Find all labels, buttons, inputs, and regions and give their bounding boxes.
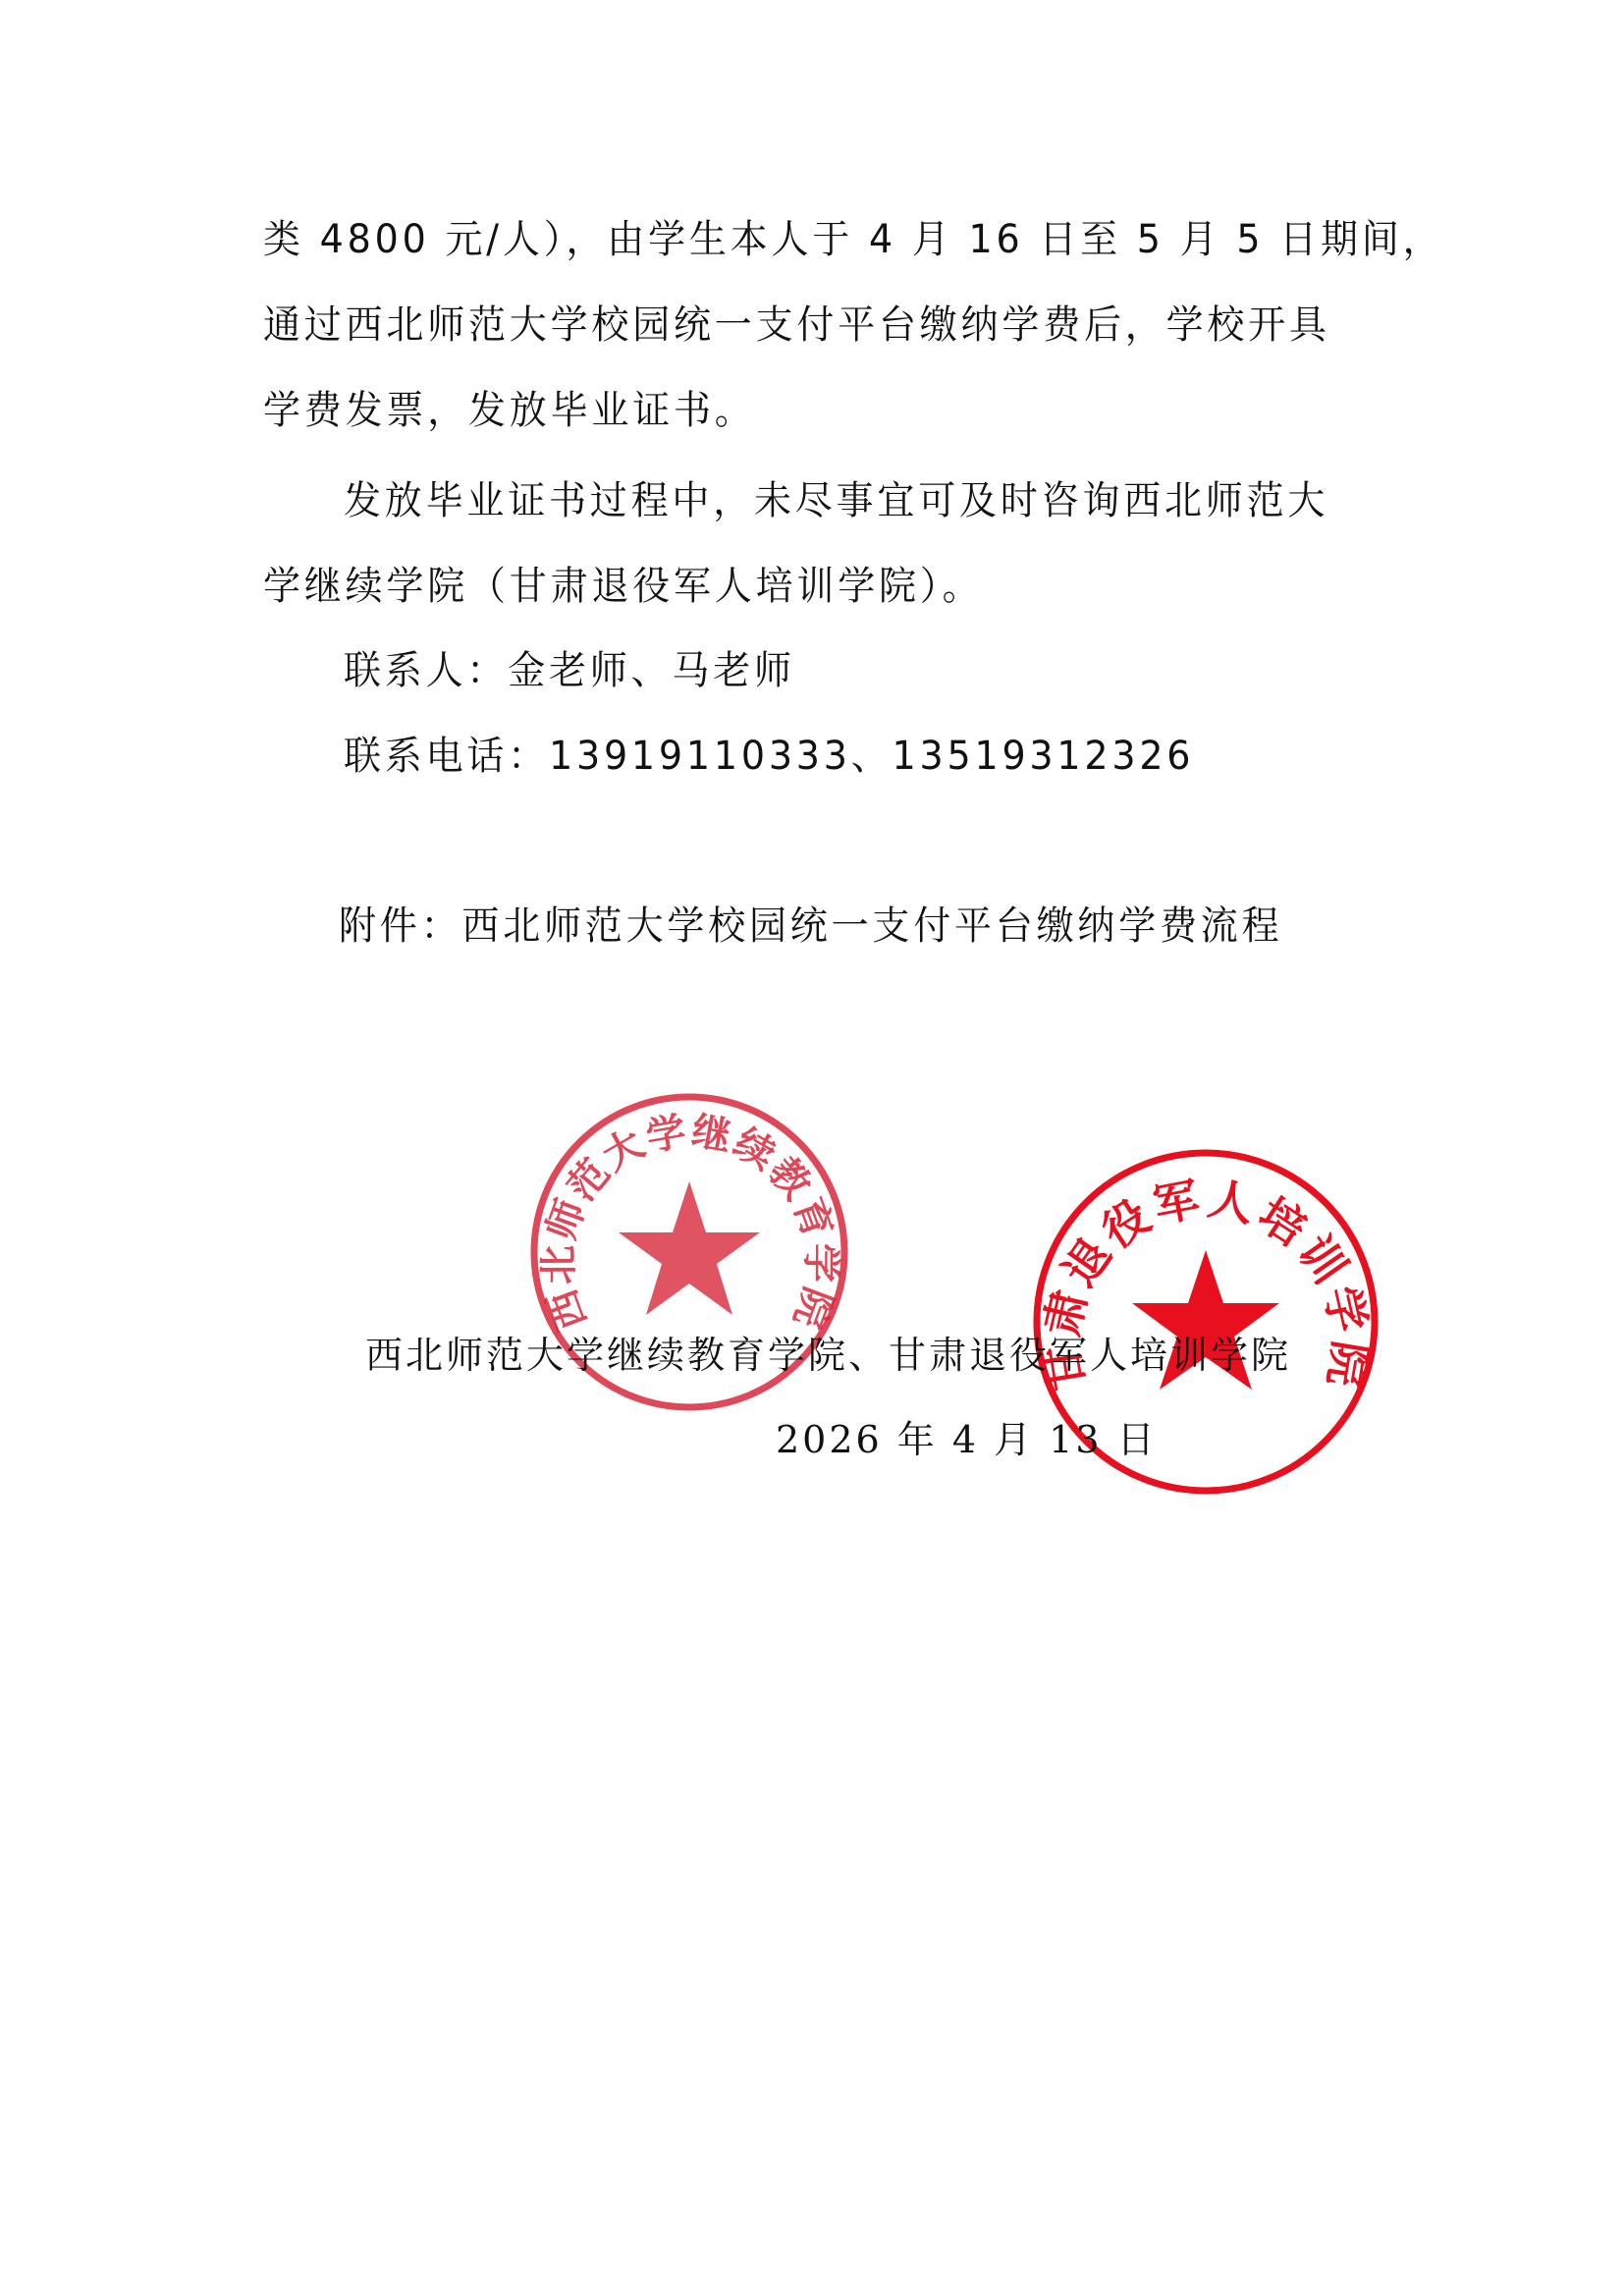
seal-text: 西北师范大学继续教育学院 (536, 1109, 842, 1336)
svg-text:西北师范大学继续教育学院: 西北师范大学继续教育学院 (536, 1109, 842, 1336)
body-line: 学继续学院（甘肃退役军人培训学院）。 (263, 561, 983, 612)
star-icon (619, 1181, 760, 1315)
issue-date: 2026 年 4 月 13 日 (776, 1414, 1158, 1465)
contact-phone: 联系电话：13919110333、13519312326 (344, 731, 1194, 782)
attachment-line: 附件：西北师范大学校园统一支付平台缴纳学费流程 (339, 901, 1282, 952)
issuer-signature: 西北师范大学继续教育学院、甘肃退役军人培训学院 (365, 1330, 1291, 1381)
contact-person: 联系人：金老师、马老师 (344, 645, 795, 696)
body-line: 学费发票，发放毕业证书。 (263, 385, 756, 436)
body-line: 类 4800 元/人），由学生本人于 4 月 16 日至 5 月 5 日期间， (263, 214, 1443, 265)
body-line: 发放毕业证书过程中，未尽事宜可及时咨询西北师范大 (344, 475, 1328, 526)
body-line: 通过西北师范大学校园统一支付平台缴纳学费后，学校开具 (263, 300, 1330, 351)
